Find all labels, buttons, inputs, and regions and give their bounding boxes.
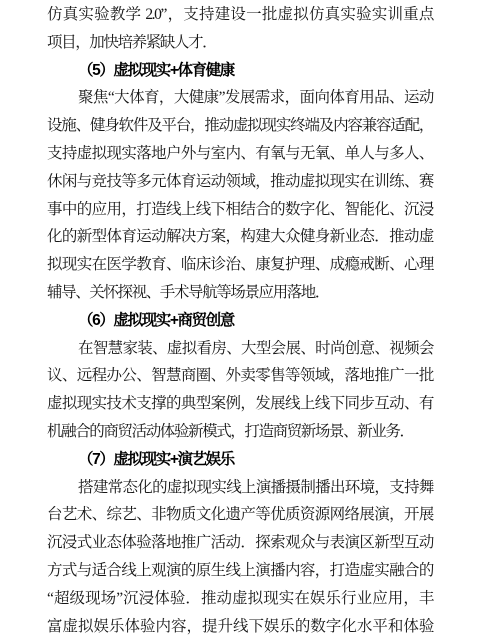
text-line: 支持虚拟现实落地户外与室内、有氧与无氧、单人与多人、 [47, 140, 433, 168]
text-line: 化的新型体育运动解决方案，构建大众健身新业态．推动虚 [47, 223, 433, 251]
text-line: “超级现场”沉浸体验．推动虚拟现实在娱乐行业应用，丰 [47, 585, 433, 613]
text-line: 台艺术、综艺、非物质文化遗产等优质资源网络展演，开展 [47, 501, 433, 529]
text-line: 设施、健身软件及平台，推动虚拟现实终端及内容兼容适配， [47, 112, 433, 140]
document-body: 仿真实验教学 2.0”，支持建设一批虚拟仿真实验实训重点 项目，加快培养紧缺人才… [47, 1, 433, 640]
text-line: 项目，加快培养紧缺人才． [47, 29, 433, 57]
text-line: 方式与适合线上观演的原生线上演播内容，打造虚实融合的 [47, 557, 433, 585]
section-heading-5: （5）虚拟现实+体育健康 [47, 57, 433, 85]
text-line: 拟现实在医学教育、临床诊治、康复护理、成瘾戒断、心理 [47, 251, 433, 279]
text-line: 在智慧家装、虚拟看房、大型会展、时尚创意、视频会 [47, 335, 433, 363]
text-line: 辅导、关怀探视、手术导航等场景应用落地． [47, 279, 433, 307]
text-line: 沉浸式业态体验落地推广活动．探索观众与表演区新型互动 [47, 529, 433, 557]
text-line: 机融合的商贸活动体验新模式，打造商贸新场景、新业务． [47, 418, 433, 446]
section-heading-6: （6）虚拟现实+商贸创意 [47, 307, 433, 335]
text-line: 富虚拟娱乐体验内容，提升线下娱乐的数字化水平和体验 [47, 613, 433, 640]
text-line: 事中的应用，打造线上线下相结合的数字化、智能化、沉浸 [47, 196, 433, 224]
text-line: 虚拟现实技术支撑的典型案例，发展线上线下同步互动、有 [47, 390, 433, 418]
text-line: 搭建常态化的虚拟现实线上演播摄制播出环境，支持舞 [47, 474, 433, 502]
text-line: 仿真实验教学 2.0”，支持建设一批虚拟仿真实验实训重点 [47, 1, 433, 29]
text-line: 议、远程办公、智慧商圈、外卖零售等领域，落地推广一批 [47, 362, 433, 390]
text-line: 聚焦“大体育，大健康”发展需求，面向体育用品、运动 [47, 84, 433, 112]
document-page: 仿真实验教学 2.0”，支持建设一批虚拟仿真实验实训重点 项目，加快培养紧缺人才… [0, 0, 488, 640]
section-heading-7: （7）虚拟现实+演艺娱乐 [47, 446, 433, 474]
text-line: 休闲与竞技等多元体育运动领域，推动虚拟现实在训练、赛 [47, 168, 433, 196]
